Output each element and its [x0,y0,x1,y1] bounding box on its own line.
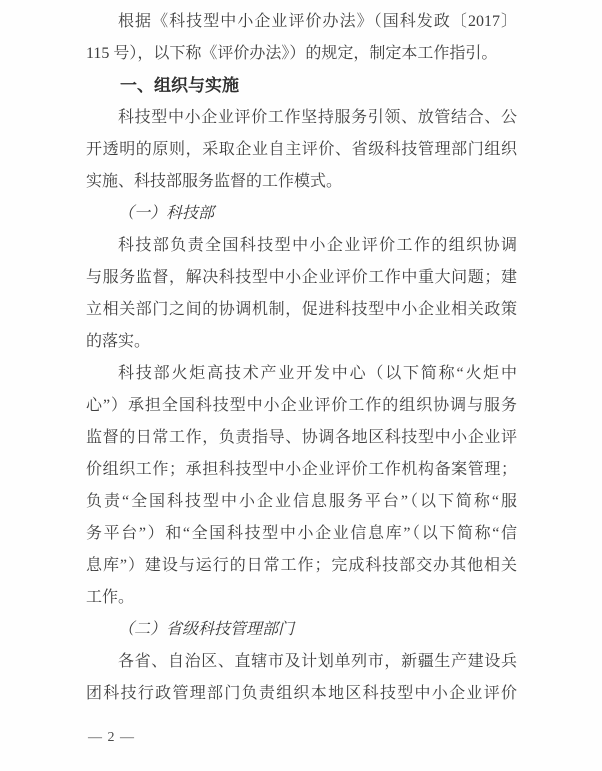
section-heading: 一、组织与实施 [86,70,517,102]
body-line: 价组织工作；承担科技型中小企业评价工作机构备案管理； [86,454,517,486]
body-line: 工作。 [86,582,517,614]
subsection-heading: （一）科技部 [86,198,517,230]
body-line: 根据《科技型中小企业评价办法》（国科发政〔2017〕 [86,6,517,38]
document-body: 根据《科技型中小企业评价办法》（国科发政〔2017〕 115 号），以下称《评价… [86,6,517,710]
body-line: 监督的日常工作，负责指导、协调各地区科技型中小企业评 [86,422,517,454]
body-line: 与服务监督，解决科技型中小企业评价工作中重大问题；建 [86,262,517,294]
body-line: 团科技行政管理部门负责组织本地区科技型中小企业评价 [86,678,517,710]
body-line: 心”）承担全国科技型中小企业评价工作的组织协调与服务 [86,390,517,422]
body-line: 息库”）建设与运行的日常工作；完成科技部交办其他相关 [86,550,517,582]
body-line: 务平台”）和“全国科技型中小企业信息库”（以下简称“信 [86,518,517,550]
subsection-heading: （二）省级科技管理部门 [86,614,517,646]
body-line: 负责“全国科技型中小企业信息服务平台”（以下简称“服 [86,486,517,518]
body-line: 科技部负责全国科技型中小企业评价工作的组织协调 [86,230,517,262]
body-line: 各省、自治区、直辖市及计划单列市，新疆生产建设兵 [86,646,517,678]
body-line: 立相关部门之间的协调机制，促进科技型中小企业相关政策 [86,294,517,326]
body-line: 科技部火炬高技术产业开发中心（以下简称“火炬中 [86,358,517,390]
page-number: — 2 — [88,724,135,752]
body-line: 的落实。 [86,326,517,358]
document-page: 根据《科技型中小企业评价办法》（国科发政〔2017〕 115 号），以下称《评价… [0,0,602,771]
body-line: 科技型中小企业评价工作坚持服务引领、放管结合、公 [86,102,517,134]
body-line: 开透明的原则，采取企业自主评价、省级科技管理部门组织 [86,134,517,166]
body-line: 115 号），以下称《评价办法》）的规定，制定本工作指引。 [86,38,517,70]
body-line: 实施、科技部服务监督的工作模式。 [86,166,517,198]
